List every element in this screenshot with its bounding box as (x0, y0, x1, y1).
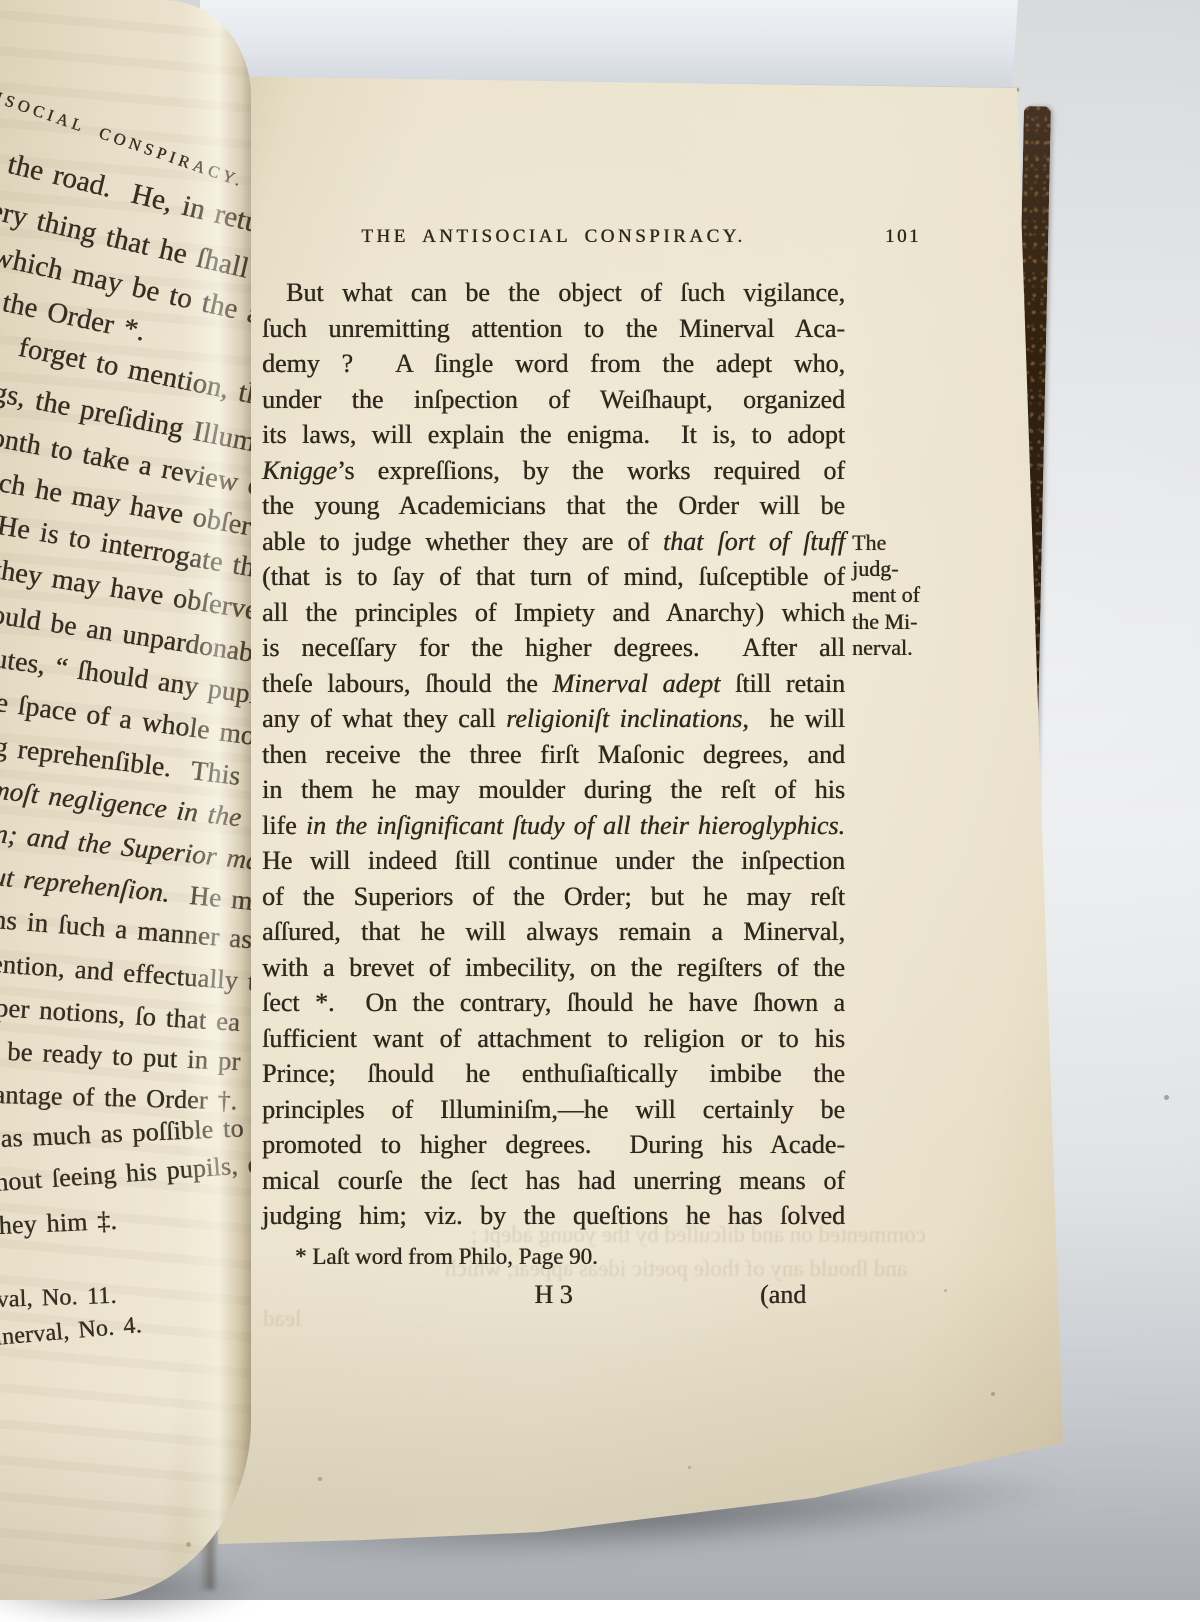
left-page-line: He is to interrogate them (0, 510, 251, 590)
left-page: TISOCIAL CONSPIRACY. the road. He, in re… (0, 0, 251, 1600)
left-running-head: TISOCIAL CONSPIRACY. (0, 83, 247, 192)
body-line: (that is to ſay of that turn of mind, ſu… (262, 559, 845, 595)
left-page-line: e ſpace of a whole mon (0, 686, 251, 754)
left-page-line: moſt negligence in the trai (0, 774, 251, 839)
body-line: He will indeed ſtill continue under the … (262, 843, 845, 879)
left-page-line: gs, the preſiding Illumin (0, 377, 251, 464)
body-line: But what can be the object of ſuch vigil… (262, 275, 845, 311)
left-page-line: ention, and effectually t (0, 948, 251, 997)
left-page-line: antage of the Order †. (0, 1080, 238, 1116)
left-page-line: g reprehenſible. This (0, 730, 242, 792)
body-line: its laws, will explain the enigma. It is… (262, 417, 845, 453)
running-head: THE ANTISOCIAL CONSPIRACY. (262, 226, 845, 248)
left-page-line: utes, “ ſhould any pupil (0, 642, 251, 712)
ghost-text-line: lead (263, 1306, 301, 1332)
left-page-line: forget to mention, that (16, 332, 251, 417)
margin-note-line: ment of (852, 582, 964, 608)
body-line: demy ? A ſingle word from the adept who, (262, 346, 845, 382)
left-page-line: the road. He, in return (4, 148, 251, 246)
signature-mark: H 3 (262, 1280, 845, 1310)
body-line: able to judge whether they are of that ſ… (262, 524, 845, 560)
right-page: THE ANTISOCIAL CONSPIRACY. 101 But what … (213, 76, 1065, 1550)
left-page-line: ould be an unpardonabl (0, 598, 251, 670)
body-line: under the inſpection of Weiſhaupt, organ… (262, 382, 845, 418)
page-number: 101 (885, 226, 921, 248)
body-line: of the Superiors of the Order; but he ma… (262, 879, 845, 915)
body-line: ſufficient want of attachment to religio… (262, 1021, 845, 1057)
left-page-line: as much as poſſible to (0, 1113, 244, 1154)
left-page-line: ich he may have obſerv (0, 466, 251, 546)
left-page-line: the Order *. (0, 287, 148, 349)
body-line: any of what they call religioniſt inclin… (262, 701, 845, 737)
margin-note-line: the Mi- (852, 609, 964, 635)
foxing-speck (318, 1477, 322, 1481)
ghost-text-line: and ſhould any of thoſe poetic ideas app… (445, 1256, 907, 1282)
ghost-text-line: commented on and diſcuſſed by the young … (471, 1222, 926, 1248)
body-line: aſſured, that he will always remain a Mi… (262, 914, 845, 950)
body-line: principles of Illuminiſm,—he will certai… (262, 1092, 845, 1128)
left-page-line: hey him ‡. (0, 1206, 118, 1241)
body-line: the young Academicians that the Order wi… (262, 488, 845, 524)
body-line: is neceſſary for the higher degrees. Aft… (262, 630, 845, 666)
body-text: But what can be the object of ſuch vigil… (262, 275, 845, 1234)
body-line: ſuch unremitting attention to the Minerv… (262, 311, 845, 347)
body-line: then receive the three firſt Maſonic deg… (262, 737, 845, 773)
body-line: Knigge’s expreſſions, by the works requi… (262, 453, 845, 489)
foxing-speck (1164, 1095, 1169, 1100)
body-line: with a brevet of imbecility, on the regi… (262, 950, 845, 986)
catchword: (and (760, 1280, 806, 1310)
margin-note: Thejudg-ment ofthe Mi-nerval. (852, 530, 964, 661)
margin-note-line: The (852, 530, 964, 556)
body-line: Prince; ſhould he enthuſiaſtically imbib… (262, 1056, 845, 1092)
page-head-edges (200, 0, 1018, 87)
left-page-line: which may be to the advan (0, 240, 251, 344)
left-page-line: hout ſeeing his pupils, e (0, 1150, 251, 1198)
margin-note-line: nerval. (852, 635, 964, 661)
body-line: life in the inſignificant ſtudy of all t… (262, 808, 845, 844)
foxing-speck (991, 1392, 995, 1396)
foxing-speck (186, 1542, 191, 1547)
body-line: theſe labours, ſhould the Minerval adept… (262, 666, 845, 702)
margin-note-line: judg- (852, 556, 964, 582)
left-page-line: they may have obſerved (0, 554, 251, 630)
left-page-line: n; and the Superior ma (0, 818, 251, 877)
left-page-line: onth to take a review o (0, 422, 251, 504)
foxing-speck (688, 1466, 691, 1469)
body-line: mical courſe the ſect has had unerring m… (262, 1163, 845, 1199)
body-line: promoted to higher degrees. During his A… (262, 1127, 845, 1163)
body-line: ſect *. On the contrary, ſhould he have … (262, 985, 845, 1021)
body-line: all the principles of Impiety and Anarch… (262, 595, 845, 631)
left-page-line: ns in ſuch a manner as t (0, 904, 251, 957)
left-page-line: inerval, No. 4. (0, 1312, 143, 1352)
foxing-speck (944, 1289, 947, 1292)
body-line: in them he may moulder during the reſt o… (262, 772, 845, 808)
left-page-line: per notions, ſo that ea (0, 992, 241, 1038)
left-page-line: ut reprehenſion. He mu (0, 861, 251, 918)
left-page-line: ery thing that he ſhall diſ (0, 194, 251, 295)
left-page-line: be ready to put in pr (7, 1036, 241, 1077)
left-page-line: val, No. 11. (0, 1283, 117, 1314)
book-photo: THE ANTISOCIAL CONSPIRACY. 101 But what … (0, 0, 1200, 1600)
